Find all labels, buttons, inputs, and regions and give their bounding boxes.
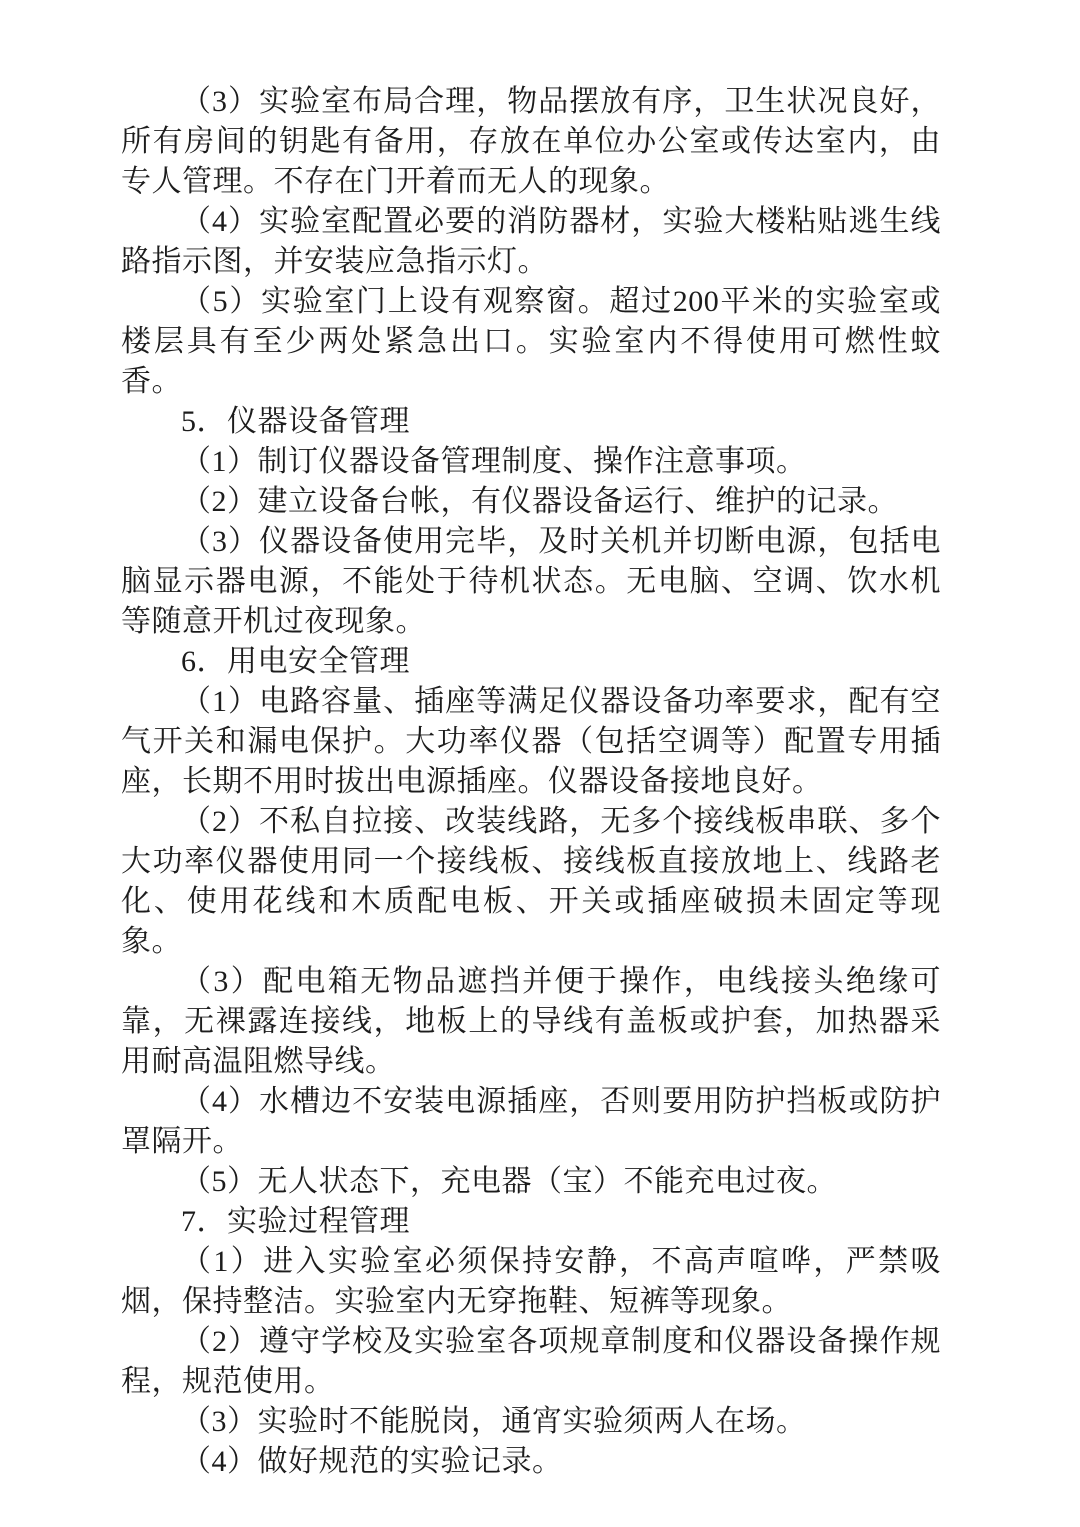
- clause-paragraph: （4）实验室配置必要的消防器材，实验大楼粘贴逃生线路指示图，并安装应急指示灯。: [121, 202, 941, 282]
- clause-paragraph: （2）建立设备台帐，有仪器设备运行、维护的记录。: [121, 482, 941, 522]
- clause-paragraph: （2）不私自拉接、改装线路，无多个接线板串联、多个大功率仪器使用同一个接线板、接…: [121, 802, 941, 962]
- section-heading-electrical-safety: 6．用电安全管理: [121, 642, 941, 682]
- clause-paragraph: （4）做好规范的实验记录。: [121, 1442, 941, 1482]
- section-heading-experiment-process: 7．实验过程管理: [121, 1202, 941, 1242]
- clause-paragraph: （2）遵守学校及实验室各项规章制度和仪器设备操作规程，规范使用。: [121, 1322, 941, 1402]
- clause-paragraph: （1）制订仪器设备管理制度、操作注意事项。: [121, 442, 941, 482]
- document-content: （3）实验室布局合理，物品摆放有序，卫生状况良好，所有房间的钥匙有备用，存放在单…: [121, 82, 941, 1482]
- clause-paragraph: （5）无人状态下，充电器（宝）不能充电过夜。: [121, 1162, 941, 1202]
- clause-paragraph: （5）实验室门上设有观察窗。超过200平米的实验室或楼层具有至少两处紧急出口。实…: [121, 282, 941, 402]
- clause-paragraph: （3）实验时不能脱岗，通宵实验须两人在场。: [121, 1402, 941, 1442]
- document-page: （3）实验室布局合理，物品摆放有序，卫生状况良好，所有房间的钥匙有备用，存放在单…: [0, 0, 1080, 1527]
- clause-paragraph: （3）配电箱无物品遮挡并便于操作，电线接头绝缘可靠，无裸露连接线，地板上的导线有…: [121, 962, 941, 1082]
- section-heading-instrument-management: 5．仪器设备管理: [121, 402, 941, 442]
- clause-paragraph: （3）仪器设备使用完毕，及时关机并切断电源，包括电脑显示器电源，不能处于待机状态…: [121, 522, 941, 642]
- clause-paragraph: （3）实验室布局合理，物品摆放有序，卫生状况良好，所有房间的钥匙有备用，存放在单…: [121, 82, 941, 202]
- clause-paragraph: （4）水槽边不安装电源插座，否则要用防护挡板或防护罩隔开。: [121, 1082, 941, 1162]
- clause-paragraph: （1）进入实验室必须保持安静，不高声喧哗，严禁吸烟，保持整洁。实验室内无穿拖鞋、…: [121, 1242, 941, 1322]
- clause-paragraph: （1）电路容量、插座等满足仪器设备功率要求，配有空气开关和漏电保护。大功率仪器（…: [121, 682, 941, 802]
